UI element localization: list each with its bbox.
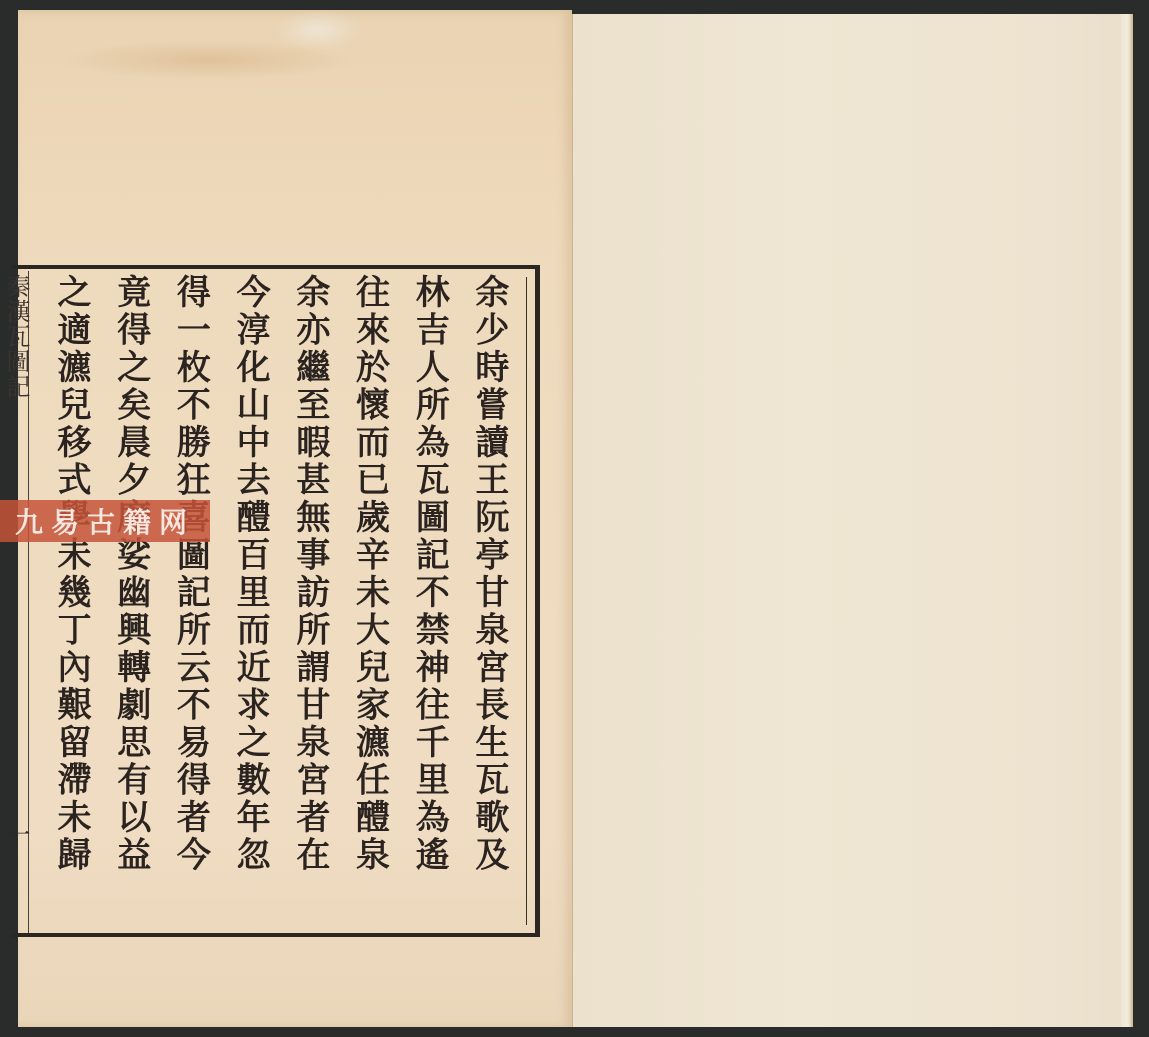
watermark-banner: 九易古籍网 xyxy=(0,500,210,542)
frame-inner-rule xyxy=(526,277,527,925)
text-column-2: 林吉人所為瓦圖記不禁神往千里為遙 xyxy=(402,274,456,934)
paper-fold-highlight xyxy=(273,10,363,50)
text-column-5: 今淳化山中去醴百里而近求之數年忽 xyxy=(223,274,277,934)
text-column-1: 余少時嘗讀王阮亭甘泉宮長生瓦歌及 xyxy=(462,274,516,934)
page-number: 一 xyxy=(12,822,34,846)
page-edge-stack xyxy=(1121,14,1133,1027)
text-column-7: 竟得之矣晨夕摩娑幽興轉劇思有以益 xyxy=(104,274,158,934)
text-column-8: 之適瀌兒移式學未幾丁內艱留滯未歸 xyxy=(44,274,98,934)
right-blank-leaf xyxy=(572,14,1133,1027)
text-column-3: 往來於懷而已歲辛未大兒家瀌任醴泉 xyxy=(343,274,397,934)
main-text-block: 余少時嘗讀王阮亭甘泉宮長生瓦歌及 林吉人所為瓦圖記不禁神往千里為遙 往來於懷而已… xyxy=(40,274,520,934)
text-column-4: 余亦繼至暇甚無事訪所謂甘泉宮者在 xyxy=(283,274,337,934)
margin-book-title: 秦漢瓦圖記 xyxy=(3,274,29,399)
text-column-6: 得一枚不勝狂喜圖記所云不易得者今 xyxy=(163,274,217,934)
watermark-text: 九易古籍网 xyxy=(15,501,195,541)
